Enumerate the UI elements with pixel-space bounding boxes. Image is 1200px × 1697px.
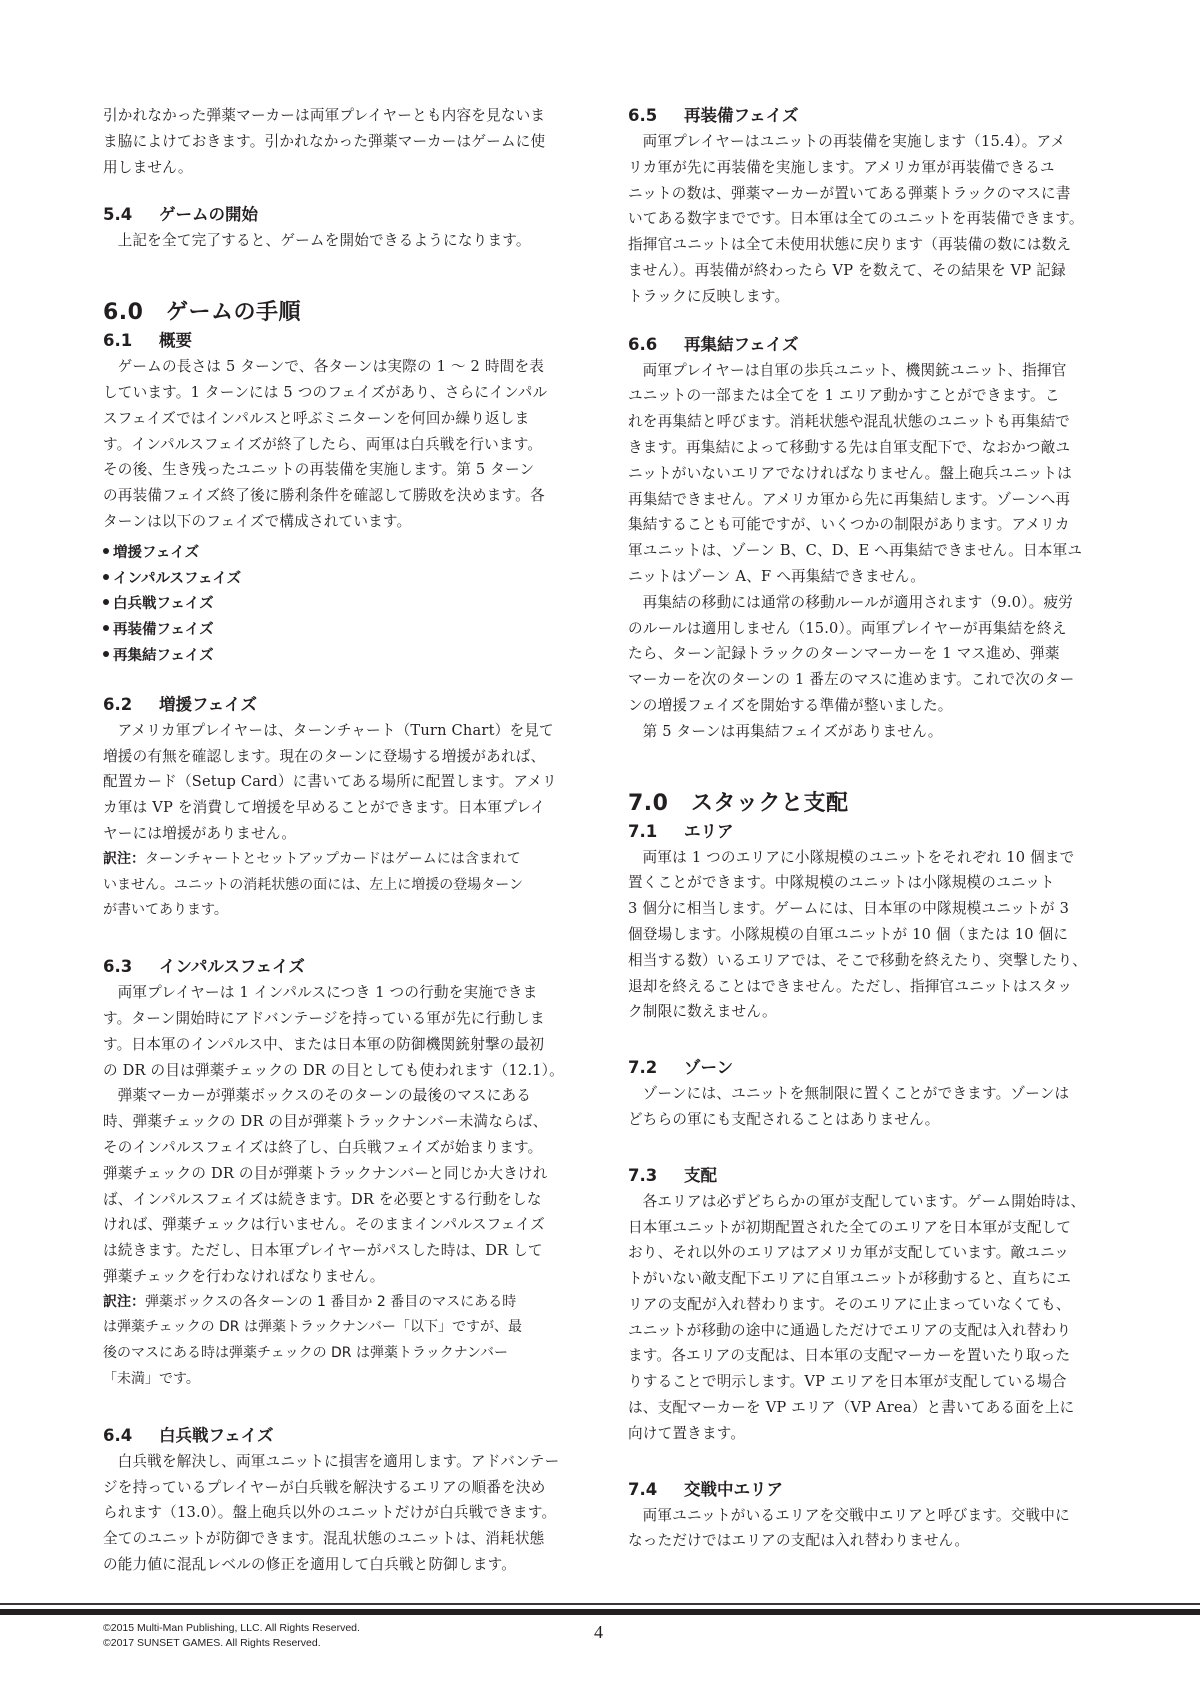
page-number: 4 bbox=[594, 1622, 603, 1643]
footer-rule-thin bbox=[0, 1603, 1200, 1605]
section-body-1: 両軍プレイヤーは 1 インパルスにつき 1 つの行動を実施できま す。ターン開始… bbox=[103, 980, 576, 1083]
phase-label: 白兵戦フェイズ bbox=[113, 596, 214, 612]
section-title: 白兵戦フェイズ bbox=[159, 1426, 274, 1445]
section-title: インパルスフェイズ bbox=[159, 957, 305, 976]
spacer bbox=[103, 254, 576, 298]
section-heading: 6.6再集結フェイズ bbox=[628, 332, 1101, 358]
spacer bbox=[628, 1133, 1101, 1163]
copyright-line-2: ©2017 SUNSET GAMES. All Rights Reserved. bbox=[103, 1636, 360, 1651]
phase-label: 再装備フェイズ bbox=[113, 622, 214, 638]
footer-rule-thick bbox=[0, 1609, 1200, 1615]
section-7-3: 7.3支配 各エリアは必ずどちらかの軍が支配しています。ゲーム開始時は、 日本軍… bbox=[628, 1163, 1101, 1447]
section-body-1: 両軍プレイヤーは自軍の歩兵ユニット、機関銃ユニット、指揮官 ユニットの一部または… bbox=[628, 358, 1101, 590]
spacer bbox=[103, 1393, 576, 1423]
note-label: 訳注： bbox=[103, 851, 145, 867]
phase-label: 増援フェイズ bbox=[113, 545, 199, 561]
section-body: ゾーンには、ユニットを無制限に置くことができます。ゾーンは どちらの軍にも支配さ… bbox=[628, 1081, 1101, 1133]
footer-copyright: ©2015 Multi-Man Publishing, LLC. All Rig… bbox=[103, 1621, 360, 1651]
section-heading: 7.1エリア bbox=[628, 819, 1101, 845]
spacer bbox=[628, 745, 1101, 789]
note-text: ターンチャートとセットアップカードはゲームには含まれて いません。ユニットの消耗… bbox=[103, 851, 523, 919]
phase-list-item: 再集結フェイズ bbox=[103, 644, 576, 670]
section-body: 両軍は 1 つのエリアに小隊規模のユニットをそれぞれ 10 個まで 置くことがで… bbox=[628, 845, 1101, 1026]
section-6-4: 6.4白兵戦フェイズ 白兵戦を解決し、両軍ユニットに損害を適用します。アドバンテ… bbox=[103, 1423, 576, 1578]
section-number: 7.3 bbox=[628, 1163, 684, 1189]
phase-list-item: 再装備フェイズ bbox=[103, 618, 576, 644]
spacer bbox=[103, 670, 576, 692]
section-7-1: 7.1エリア 両軍は 1 つのエリアに小隊規模のユニットをそれぞれ 10 個まで… bbox=[628, 819, 1101, 1026]
chapter-number: 7.0 bbox=[628, 789, 691, 819]
section-title: 交戦中エリア bbox=[684, 1480, 783, 1499]
section-6-5: 6.5再装備フェイズ 両軍プレイヤーはユニットの再装備を実施します（15.4）。… bbox=[628, 103, 1101, 310]
bullet-icon bbox=[103, 625, 109, 631]
chapter-title: ゲームの手順 bbox=[166, 300, 301, 325]
copyright-line-1: ©2015 Multi-Man Publishing, LLC. All Rig… bbox=[103, 1621, 360, 1636]
section-body-2: 弾薬マーカーが弾薬ボックスのそのターンの最後のマスにある 時、弾薬チェックの D… bbox=[103, 1083, 576, 1289]
section-title: ゾーン bbox=[684, 1058, 733, 1077]
spacer bbox=[103, 924, 576, 954]
section-heading: 6.5再装備フェイズ bbox=[628, 103, 1101, 129]
translator-note: 訳注：弾薬ボックスの各ターンの 1 番目か 2 番目のマスにある時 は弾薬チェッ… bbox=[103, 1290, 576, 1393]
section-6-3: 6.3インパルスフェイズ 両軍プレイヤーは 1 インパルスにつき 1 つの行動を… bbox=[103, 954, 576, 1393]
phase-label: 再集結フェイズ bbox=[113, 648, 214, 664]
section-body: 各エリアは必ずどちらかの軍が支配しています。ゲーム開始時は、 日本軍ユニットが初… bbox=[628, 1189, 1101, 1447]
section-number: 6.4 bbox=[103, 1423, 159, 1449]
section-body-3: 第 5 ターンは再集結フェイズがありません。 bbox=[628, 719, 1101, 745]
phase-list-item: 白兵戦フェイズ bbox=[103, 592, 576, 618]
section-heading: 6.1概要 bbox=[103, 328, 576, 354]
section-body: ゲームの長さは 5 ターンで、各ターンは実際の 1 〜 2 時間を表 しています… bbox=[103, 354, 576, 535]
section-title: ゲームの開始 bbox=[159, 205, 258, 224]
spacer bbox=[628, 1025, 1101, 1055]
section-title: 概要 bbox=[159, 331, 192, 350]
section-title: 支配 bbox=[684, 1166, 717, 1185]
section-body-2: 再集結の移動には通常の移動ルールが適用されます（9.0）。疲労 のルールは適用し… bbox=[628, 590, 1101, 719]
phase-list: 増援フェイズ インパルスフェイズ 白兵戦フェイズ 再装備フェイズ 再集結フェイズ bbox=[103, 541, 576, 670]
section-body: 白兵戦を解決し、両軍ユニットに損害を適用します。アドバンテー ジを持っているプレ… bbox=[103, 1449, 576, 1578]
section-number: 7.4 bbox=[628, 1477, 684, 1503]
section-body: 上記を全て完了すると、ゲームを開始できるようになります。 bbox=[103, 228, 576, 254]
section-body: 両軍ユニットがいるエリアを交戦中エリアと呼びます。交戦中に なっただけではエリア… bbox=[628, 1503, 1101, 1555]
section-6-1: 6.1概要 ゲームの長さは 5 ターンで、各ターンは実際の 1 〜 2 時間を表… bbox=[103, 328, 576, 670]
section-heading: 7.3支配 bbox=[628, 1163, 1101, 1189]
section-number: 5.4 bbox=[103, 202, 159, 228]
section-heading: 7.2ゾーン bbox=[628, 1055, 1101, 1081]
bullet-icon bbox=[103, 599, 109, 605]
chapter-title: スタックと支配 bbox=[691, 791, 849, 816]
section-title: 再装備フェイズ bbox=[684, 106, 799, 125]
section-number: 7.1 bbox=[628, 819, 684, 845]
right-column: 6.5再装備フェイズ 両軍プレイヤーはユニットの再装備を実施します（15.4）。… bbox=[628, 103, 1101, 1554]
bullet-icon bbox=[103, 548, 109, 554]
section-heading: 6.2増援フェイズ bbox=[103, 692, 576, 718]
spacer bbox=[628, 310, 1101, 332]
section-heading: 5.4ゲームの開始 bbox=[103, 202, 576, 228]
section-number: 6.5 bbox=[628, 103, 684, 129]
left-column: 引かれなかった弾薬マーカーは両軍プレイヤーとも内容を見ないま ま脇によけておきま… bbox=[103, 103, 576, 1578]
section-6-0: 6.0ゲームの手順 bbox=[103, 298, 576, 328]
section-number: 6.6 bbox=[628, 332, 684, 358]
section-body: アメリカ軍プレイヤーは、ターンチャート（Turn Chart）を見て 増援の有無… bbox=[103, 718, 576, 847]
chapter-number: 6.0 bbox=[103, 298, 166, 328]
section-heading: 6.3インパルスフェイズ bbox=[103, 954, 576, 980]
intro-paragraph: 引かれなかった弾薬マーカーは両軍プレイヤーとも内容を見ないま ま脇によけておきま… bbox=[103, 103, 576, 180]
section-number: 7.2 bbox=[628, 1055, 684, 1081]
section-heading: 7.4交戦中エリア bbox=[628, 1477, 1101, 1503]
note-text: 弾薬ボックスの各ターンの 1 番目か 2 番目のマスにある時 は弾薬チェックの … bbox=[103, 1294, 522, 1387]
section-5-4: 5.4ゲームの開始 上記を全て完了すると、ゲームを開始できるようになります。 bbox=[103, 202, 576, 254]
spacer bbox=[628, 1447, 1101, 1477]
section-6-6: 6.6再集結フェイズ 両軍プレイヤーは自軍の歩兵ユニット、機関銃ユニット、指揮官… bbox=[628, 332, 1101, 745]
section-7-4: 7.4交戦中エリア 両軍ユニットがいるエリアを交戦中エリアと呼びます。交戦中に … bbox=[628, 1477, 1101, 1555]
translator-note: 訳注：ターンチャートとセットアップカードはゲームには含まれて いません。ユニット… bbox=[103, 847, 576, 924]
section-number: 6.2 bbox=[103, 692, 159, 718]
section-number: 6.1 bbox=[103, 328, 159, 354]
chapter-heading: 6.0ゲームの手順 bbox=[103, 298, 576, 328]
phase-list-item: 増援フェイズ bbox=[103, 541, 576, 567]
section-title: 再集結フェイズ bbox=[684, 335, 799, 354]
section-6-2: 6.2増援フェイズ アメリカ軍プレイヤーは、ターンチャート（Turn Chart… bbox=[103, 692, 576, 924]
bullet-icon bbox=[103, 651, 109, 657]
section-body: 両軍プレイヤーはユニットの再装備を実施します（15.4）。アメ リカ軍が先に再装… bbox=[628, 129, 1101, 310]
section-heading: 6.4白兵戦フェイズ bbox=[103, 1423, 576, 1449]
section-7-2: 7.2ゾーン ゾーンには、ユニットを無制限に置くことができます。ゾーンは どちら… bbox=[628, 1055, 1101, 1133]
section-number: 6.3 bbox=[103, 954, 159, 980]
section-7-0: 7.0スタックと支配 bbox=[628, 789, 1101, 819]
spacer bbox=[103, 180, 576, 202]
section-title: エリア bbox=[684, 822, 734, 841]
phase-list-item: インパルスフェイズ bbox=[103, 567, 576, 593]
note-label: 訳注： bbox=[103, 1294, 145, 1310]
section-title: 増援フェイズ bbox=[159, 695, 257, 714]
phase-label: インパルスフェイズ bbox=[113, 571, 241, 587]
chapter-heading: 7.0スタックと支配 bbox=[628, 789, 1101, 819]
bullet-icon bbox=[103, 574, 109, 580]
